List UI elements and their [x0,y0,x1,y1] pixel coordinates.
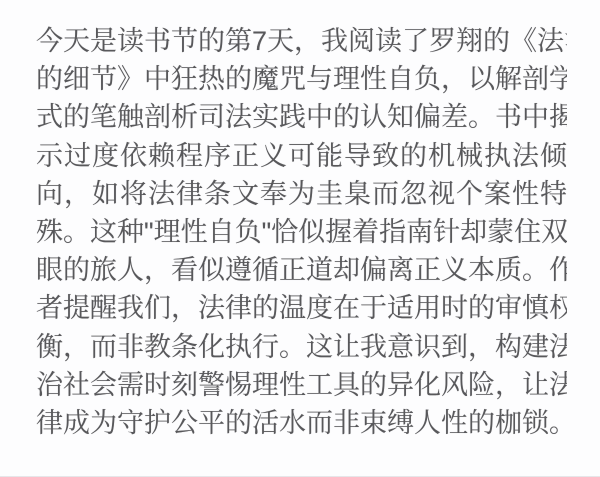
text-line: 今天是读书节的第7天，我阅读了罗翔的《法治 [36,22,567,60]
text-line: 治社会需时刻警惕理性工具的异化风险，让法 [36,366,567,404]
note-text: 今天是读书节的第7天，我阅读了罗翔的《法治的细节》中狂热的魔咒与理性自负，以解剖… [36,22,567,442]
text-line: 式的笔触剖析司法实践中的认知偏差。书中揭 [36,98,567,136]
text-line: 向，如将法律条文奉为圭臬而忽视个案性特 [36,175,567,213]
text-line: 者提醒我们，法律的温度在于适用时的审慎权 [36,289,567,327]
note-page: 今天是读书节的第7天，我阅读了罗翔的《法治的细节》中狂热的魔咒与理性自负，以解剖… [0,0,600,477]
text-line: 的细节》中狂热的魔咒与理性自负，以解剖学 [36,60,567,98]
text-line: 眼的旅人，看似遵循正道却偏离正义本质。作 [36,251,567,289]
text-line: 殊。这种"理性自负"恰似握着指南针却蒙住双 [36,213,567,251]
text-line: 衡，而非教条化执行。这让我意识到，构建法 [36,328,567,366]
text-line: 律成为守护公平的活水而非束缚人性的枷锁。 [36,404,567,442]
text-line: 示过度依赖程序正义可能导致的机械执法倾 [36,137,567,175]
